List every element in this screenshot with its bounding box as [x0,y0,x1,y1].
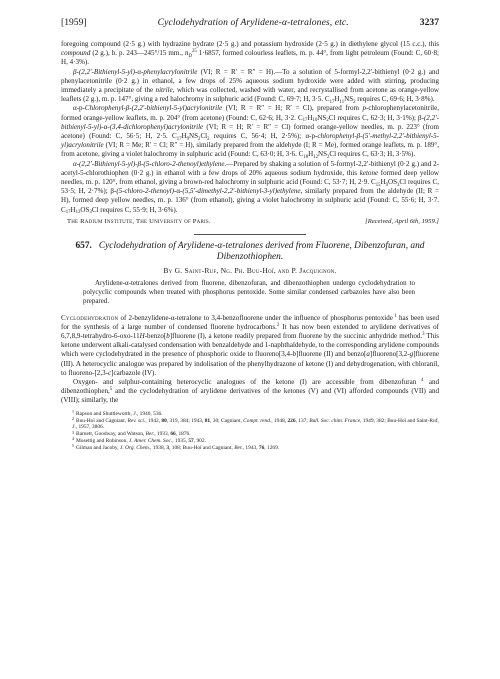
abstract: Arylidene-α-tetralones derived from fluo… [83,279,415,306]
page-number: 3237 [420,17,439,28]
article-authors: By G. Saint-Ruf, Ng. Ph. Buu-Hoï, and P.… [61,266,439,275]
paragraph: Cyclodehydration of 2-benzylidene-α-tetr… [61,314,439,378]
article-title: Cyclodehydration of Arylidene-α-tetralon… [99,241,425,263]
paragraph: β-(2,2′-Bithienyl-5-yl)-α-phenylacryloni… [61,68,439,105]
paragraph: foregoing compound (2·5 g.) with hydrazi… [61,40,439,68]
article-body: Cyclodehydration of 2-benzylidene-α-tetr… [61,314,439,406]
section-divider [194,234,306,235]
article-heading: 657.Cyclodehydration of Arylidene-α-tetr… [61,241,439,264]
footnote: 3Barnett, Goodway, and Watson, Ber., 193… [61,431,439,438]
journal-page: [1959] Cyclodehydration of Arylidene-α-t… [61,17,439,452]
running-head: [1959] Cyclodehydration of Arylidene-α-t… [61,17,439,31]
abstract-text: Arylidene-α-tetralones derived from fluo… [83,279,415,306]
footnote: 4Mosettig and Robinson, J. Amer. Chem. S… [61,438,439,445]
paragraph: Oxygen- and sulphur-containing heterocyc… [61,378,439,406]
footnote-mark: 1 [72,409,74,414]
running-head-year: [1959] [61,17,87,28]
paragraph: α-p-Chlorophenyl-β-(2,2′-bithienyl-5-yl)… [61,104,439,159]
footnote: 1Rapson and Shuttleworth, J., 1940, 536. [61,411,439,418]
footnote-mark: 2 [72,416,74,421]
footnote-mark: 5 [72,443,74,448]
footnote-mark: 4 [72,436,74,441]
article-number: 657. [75,241,91,251]
paragraph: α-(2,2′-Bithienyl-5-yl)-β-(5-chloro-2-th… [61,160,439,215]
running-head-title: Cyclodehydration of Arylidene-α-tetralon… [158,17,349,28]
footnote: 2Buu-Hoï and Cagniant, Rev. sci., 1942, … [61,418,439,432]
affiliation: The Radium Institute, The University of … [67,218,211,225]
received-date: [Received, April 6th, 1959.] [365,218,439,225]
affiliation-line: The Radium Institute, The University of … [61,218,439,225]
footnote: 5Gilman and Jacoby, J. Org. Chem., 1938,… [61,445,439,452]
previous-article-experimental: foregoing compound (2·5 g.) with hydrazi… [61,40,439,215]
footnotes: 1Rapson and Shuttleworth, J., 1940, 536.… [61,411,439,452]
footnote-mark: 3 [72,430,74,435]
